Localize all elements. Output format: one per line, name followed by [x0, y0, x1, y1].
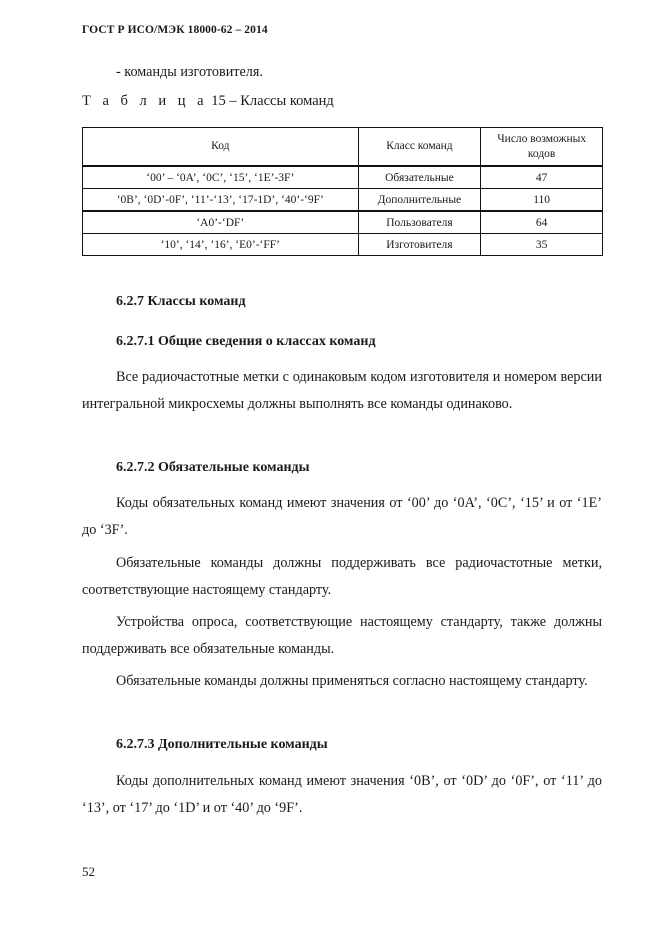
cell-code: ‘10’, ‘14’, ’16’, ‘E0’-‘FF’	[83, 234, 359, 256]
cell-class: Дополнительные	[358, 189, 481, 212]
section-heading-6-2-7: 6.2.7 Классы команд	[116, 294, 246, 310]
column-header-code: Код	[83, 128, 359, 167]
table-caption: Т а б л и ц а 15 – Классы команд	[82, 93, 334, 110]
paragraph-mandatory-codes: Коды обязательных команд имеют значения …	[82, 490, 602, 543]
section-heading-6-2-7-1: 6.2.7.1 Общие сведения о классах команд	[116, 334, 376, 350]
table-caption-title: – Классы команд	[229, 93, 333, 109]
intro-line: - команды изготовителя.	[82, 59, 602, 86]
cell-count: 35	[481, 234, 603, 256]
cell-count: 110	[481, 189, 603, 212]
paragraph-general: Все радиочастотные метки с одинаковым ко…	[82, 364, 602, 417]
paragraph-optional-codes: Коды дополнительных команд имеют значени…	[82, 768, 602, 821]
cell-code: ‘00’ – ‘0A’, ‘0C’, ‘15’, ‘1E’-3F’	[83, 166, 359, 189]
cell-count: 64	[481, 211, 603, 234]
page-number: 52	[82, 864, 95, 880]
table-header-row: Код Класс команд Число возможных кодов	[83, 128, 603, 167]
column-header-count: Число возможных кодов	[481, 128, 603, 167]
table-row: ‘A0’-‘DF’ Пользователя 64	[83, 211, 603, 234]
cell-class: Обязательные	[358, 166, 481, 189]
table-caption-prefix: Т а б л и ц а	[82, 93, 208, 109]
table-row: ‘10’, ‘14’, ’16’, ‘E0’-‘FF’ Изготовителя…	[83, 234, 603, 256]
table-caption-number: 15	[211, 93, 226, 109]
column-header-class: Класс команд	[358, 128, 481, 167]
table-row: ‘00’ – ‘0A’, ‘0C’, ‘15’, ‘1E’-3F’ Обязат…	[83, 166, 603, 189]
cell-code: ‘A0’-‘DF’	[83, 211, 359, 234]
section-heading-6-2-7-3: 6.2.7.3 Дополнительные команды	[116, 737, 328, 753]
paragraph-mandatory-readers: Устройства опроса, соответствующие насто…	[82, 609, 602, 662]
cell-count: 47	[481, 166, 603, 189]
paragraph-mandatory-tags: Обязательные команды должны поддерживать…	[82, 550, 602, 603]
cell-class: Пользователя	[358, 211, 481, 234]
section-heading-6-2-7-2: 6.2.7.2 Обязательные команды	[116, 460, 310, 476]
cell-class: Изготовителя	[358, 234, 481, 256]
paragraph-mandatory-apply: Обязательные команды должны применяться …	[82, 668, 602, 695]
table-row: ‘0B’, ‘0D’-0F’, ‘11’-‘13’, ‘17-1D’, ‘40’…	[83, 189, 603, 212]
command-classes-table: Код Класс команд Число возможных кодов ‘…	[82, 127, 603, 256]
cell-code: ‘0B’, ‘0D’-0F’, ‘11’-‘13’, ‘17-1D’, ‘40’…	[83, 189, 359, 212]
document-header: ГОСТ Р ИСО/МЭК 18000-62 – 2014	[82, 24, 268, 36]
